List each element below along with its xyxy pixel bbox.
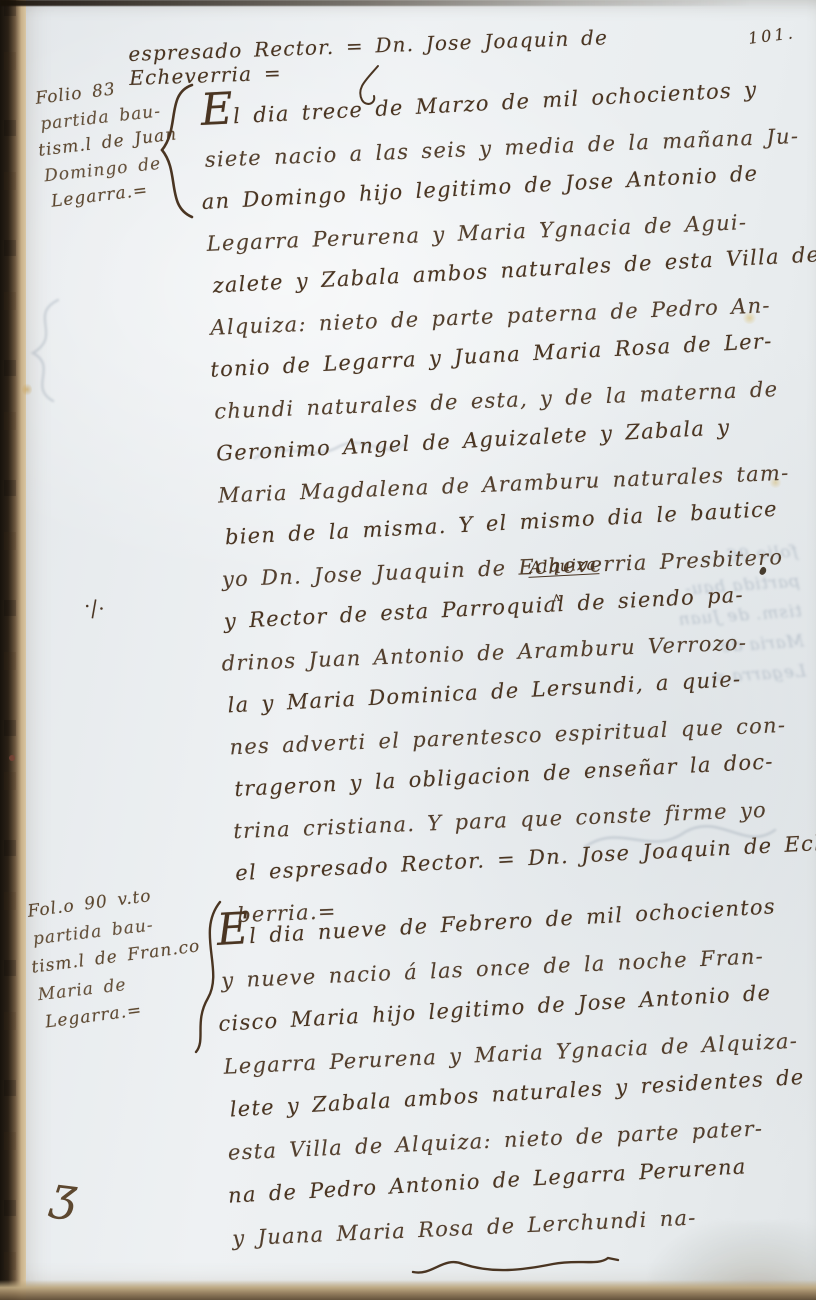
page-top-shadow [0, 0, 816, 6]
interlinear-insertion: Alquiza [528, 554, 600, 578]
page-bottom-edge [0, 1280, 816, 1300]
caret-mark: ʌ [552, 590, 560, 605]
bleedthrough-stroke [18, 295, 70, 405]
flourish-stroke [408, 1250, 623, 1280]
paper-stain [9, 755, 15, 761]
page-number: 101. [747, 23, 797, 48]
manuscript-page-scan: folio 96 —partida bau-tism. de JuanMaria… [0, 0, 816, 1300]
margin-reference-mark: ·|· [82, 595, 107, 620]
margin-note-entry-2: Fol.o 90 v.topartida bau-tism.l de Fran.… [26, 879, 202, 1037]
rubric-flourish: Ʒ [47, 1175, 79, 1232]
binding-texture [4, 0, 16, 1300]
opening-brace-stroke [150, 80, 198, 222]
baptism-entry-2-text: El dia nueve de Febrero de mil ochocient… [216, 887, 801, 1260]
baptism-entry-1-text: El dia trece de Marzo de mil ochocientos… [200, 70, 816, 937]
